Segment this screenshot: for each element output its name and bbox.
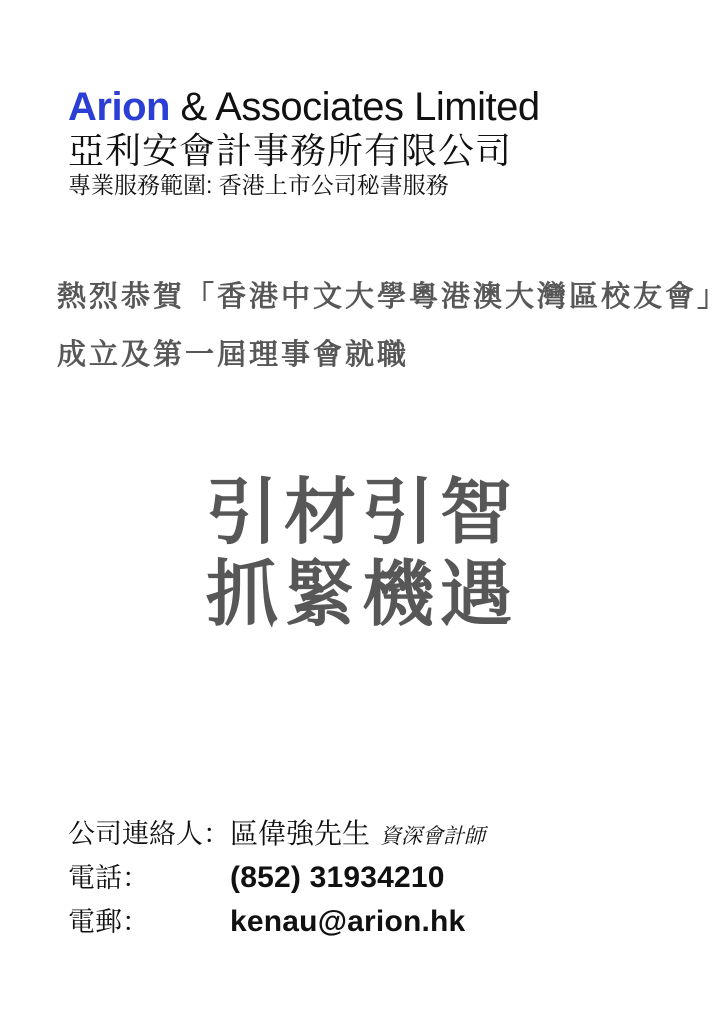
congrats-line-1: 熱烈恭賀「香港中文大學粵港澳大灣區校友會」 [57,268,704,326]
document-page: Arion & Associates Limited 亞利安會計事務所有限公司 … [0,0,724,1023]
congrats-line-2: 成立及第一屆理事會就職 [57,326,704,384]
contact-person-qualification: 資深會計師 [380,820,485,850]
slogan: 引材引智 抓緊機遇 [0,472,724,636]
contact-row-person: 公司連絡人： 區偉強先生 資深會計師 [68,812,485,856]
congrats-message: 熱烈恭賀「香港中文大學粵港澳大灣區校友會」 成立及第一屆理事會就職 [57,268,704,384]
contact-person-label: 公司連絡人： [68,812,230,851]
slogan-line-1: 引材引智 [0,472,724,554]
phone-label: 電話： [68,856,230,895]
contact-row-phone: 電話： (852) 31934210 [68,856,485,900]
brand-name-en: Arion & Associates Limited [68,86,540,128]
services-scope: 專業服務範圍: 香港上市公司秘書服務 [68,172,540,199]
email-address: kenau@arion.hk [230,905,465,939]
brand-name-zh: 亞利安會計事務所有限公司 [68,131,540,171]
brand-name-rest: & Associates Limited [170,85,540,129]
contact-row-email: 電郵： kenau@arion.hk [68,900,485,944]
contact-person-name: 區偉強先生 [230,812,370,852]
email-label: 電郵： [68,900,230,939]
contact-section: 公司連絡人： 區偉強先生 資深會計師 電話： (852) 31934210 電郵… [68,812,485,944]
phone-number: (852) 31934210 [230,861,445,895]
company-header: Arion & Associates Limited 亞利安會計事務所有限公司 … [68,86,540,199]
slogan-line-2: 抓緊機遇 [0,554,724,636]
brand-highlight: Arion [68,85,170,129]
